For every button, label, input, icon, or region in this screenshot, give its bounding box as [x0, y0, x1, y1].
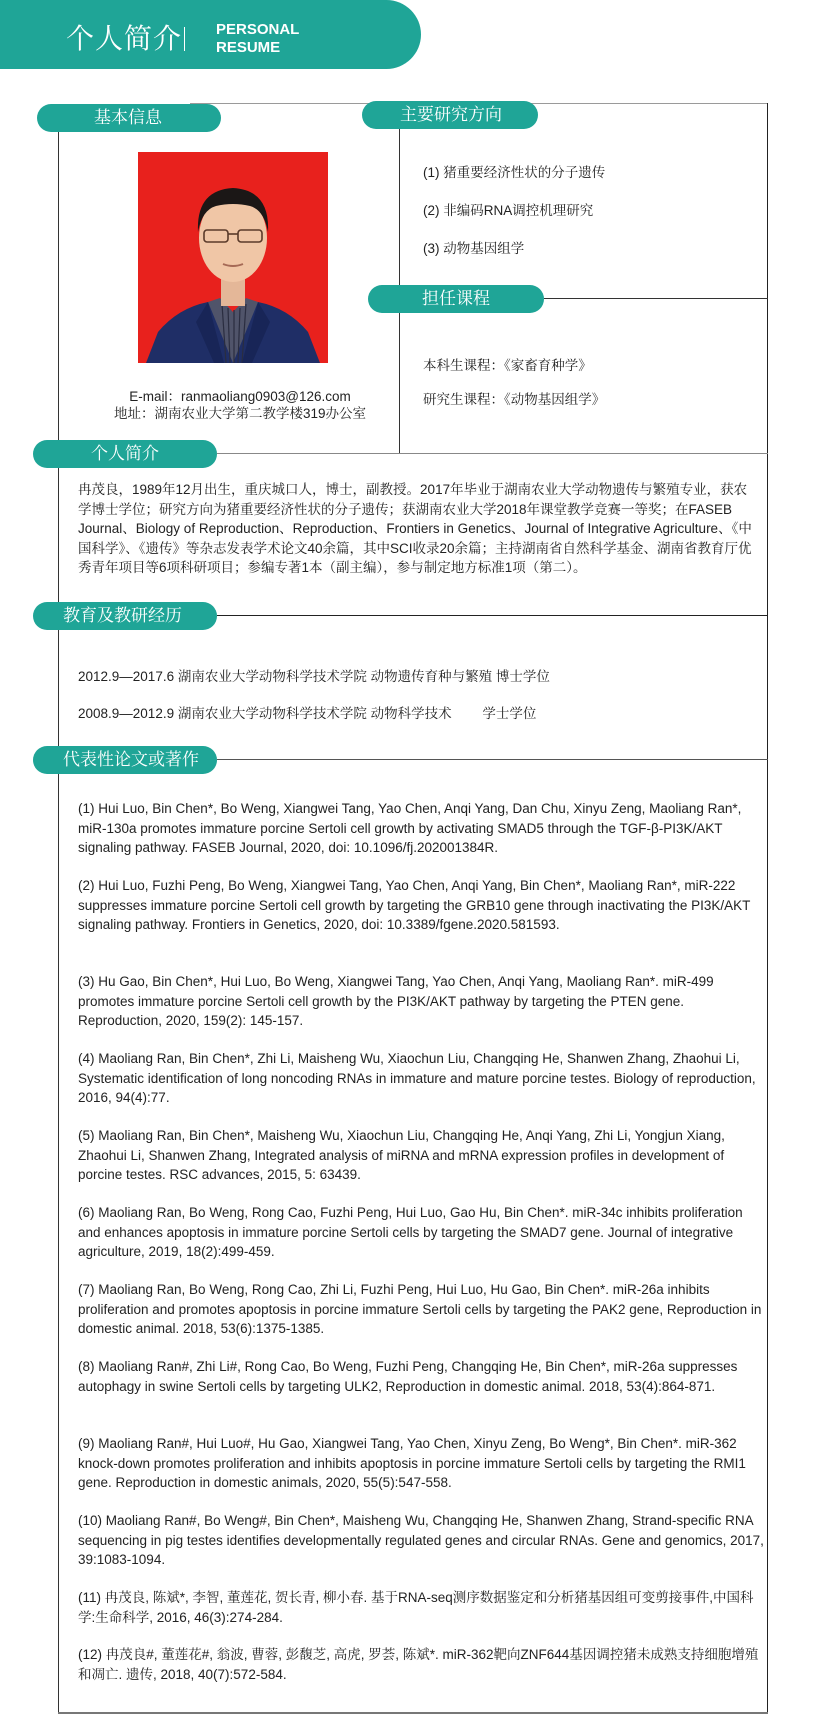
section-research: 主要研究方向	[362, 101, 538, 129]
publication-item: (2) Hui Luo, Fuzhi Peng, Bo Weng, Xiangw…	[78, 876, 766, 935]
section-basic-info-label: 基本信息	[37, 104, 221, 132]
course-item: 研究生课程：《动物基因组学》	[423, 388, 605, 408]
research-item: (3) 动物基因组学	[423, 237, 524, 257]
frame-right-line	[767, 103, 768, 1713]
frame-left-line	[58, 125, 59, 1713]
section-publications: 代表性论文或著作	[33, 746, 217, 774]
section-education: 教育及教研经历	[33, 602, 217, 630]
publication-item: (3) Hu Gao, Bin Chen*, Hui Luo, Bo Weng,…	[78, 972, 766, 1031]
address-text: 地址：湖南农业大学第二教学楼319办公室	[80, 402, 400, 422]
publications-rule	[217, 759, 768, 760]
section-profile-label: 个人简介	[33, 440, 217, 468]
research-item: (1) 猪重要经济性状的分子遗传	[423, 161, 605, 181]
section-research-label: 主要研究方向	[362, 101, 538, 129]
publication-item: (11) 冉茂良, 陈斌*, 李智, 董莲花, 贺长青, 柳小春. 基于RNA-…	[78, 1588, 766, 1627]
section-courses-label: 担任课程	[368, 285, 544, 313]
research-item: (2) 非编码RNA调控机理研究	[423, 199, 593, 219]
section-profile: 个人简介	[33, 440, 217, 468]
education-rule	[217, 615, 768, 616]
publication-item: (4) Maoliang Ran, Bin Chen*, Zhi Li, Mai…	[78, 1049, 766, 1108]
publication-item: (1) Hui Luo, Bin Chen*, Bo Weng, Xiangwe…	[78, 799, 766, 858]
publication-item: (10) Maoliang Ran#, Bo Weng#, Bin Chen*,…	[78, 1511, 766, 1570]
section-courses: 担任课程	[368, 285, 544, 313]
courses-rule	[544, 298, 768, 299]
profile-rule	[217, 453, 768, 454]
header-divider	[184, 27, 185, 51]
header-title-cn: 个人简介	[66, 17, 182, 57]
profile-photo	[138, 152, 328, 363]
header-banner	[0, 0, 421, 69]
frame-bottom-line	[58, 1712, 768, 1714]
publication-item: (9) Maoliang Ran#, Hui Luo#, Hu Gao, Xia…	[78, 1434, 766, 1493]
section-basic-info: 基本信息	[37, 104, 221, 132]
profile-text: 冉茂良，1989年12月出生，重庆城口人，博士，副教授。2017年毕业于湖南农业…	[78, 480, 753, 578]
publication-item: (12) 冉茂良#, 董莲花#, 翁波, 曹蓉, 彭馥芝, 高虎, 罗荟, 陈斌…	[78, 1645, 766, 1684]
education-item: 2012.9—2017.6 湖南农业大学动物科学技术学院 动物遗传育种与繁殖 博…	[78, 665, 550, 685]
publication-item: (6) Maoliang Ran, Bo Weng, Rong Cao, Fuz…	[78, 1203, 766, 1262]
publication-item: (5) Maoliang Ran, Bin Chen*, Maisheng Wu…	[78, 1126, 766, 1185]
header-title-en: PERSONAL RESUME	[216, 21, 299, 57]
education-item: 2008.9—2012.9 湖南农业大学动物科学技术学院 动物科学技术 学士学位	[78, 702, 536, 722]
publication-item: (7) Maoliang Ran, Bo Weng, Rong Cao, Zhi…	[78, 1280, 766, 1339]
course-item: 本科生课程：《家畜育种学》	[423, 354, 592, 374]
section-education-label: 教育及教研经历	[33, 602, 217, 630]
portrait-illustration	[138, 152, 328, 363]
header-title-en-line1: PERSONAL	[216, 21, 299, 39]
section-publications-label: 代表性论文或著作	[33, 746, 217, 774]
header-title-en-line2: RESUME	[216, 39, 299, 57]
publication-item: (8) Maoliang Ran#, Zhi Li#, Rong Cao, Bo…	[78, 1357, 766, 1396]
